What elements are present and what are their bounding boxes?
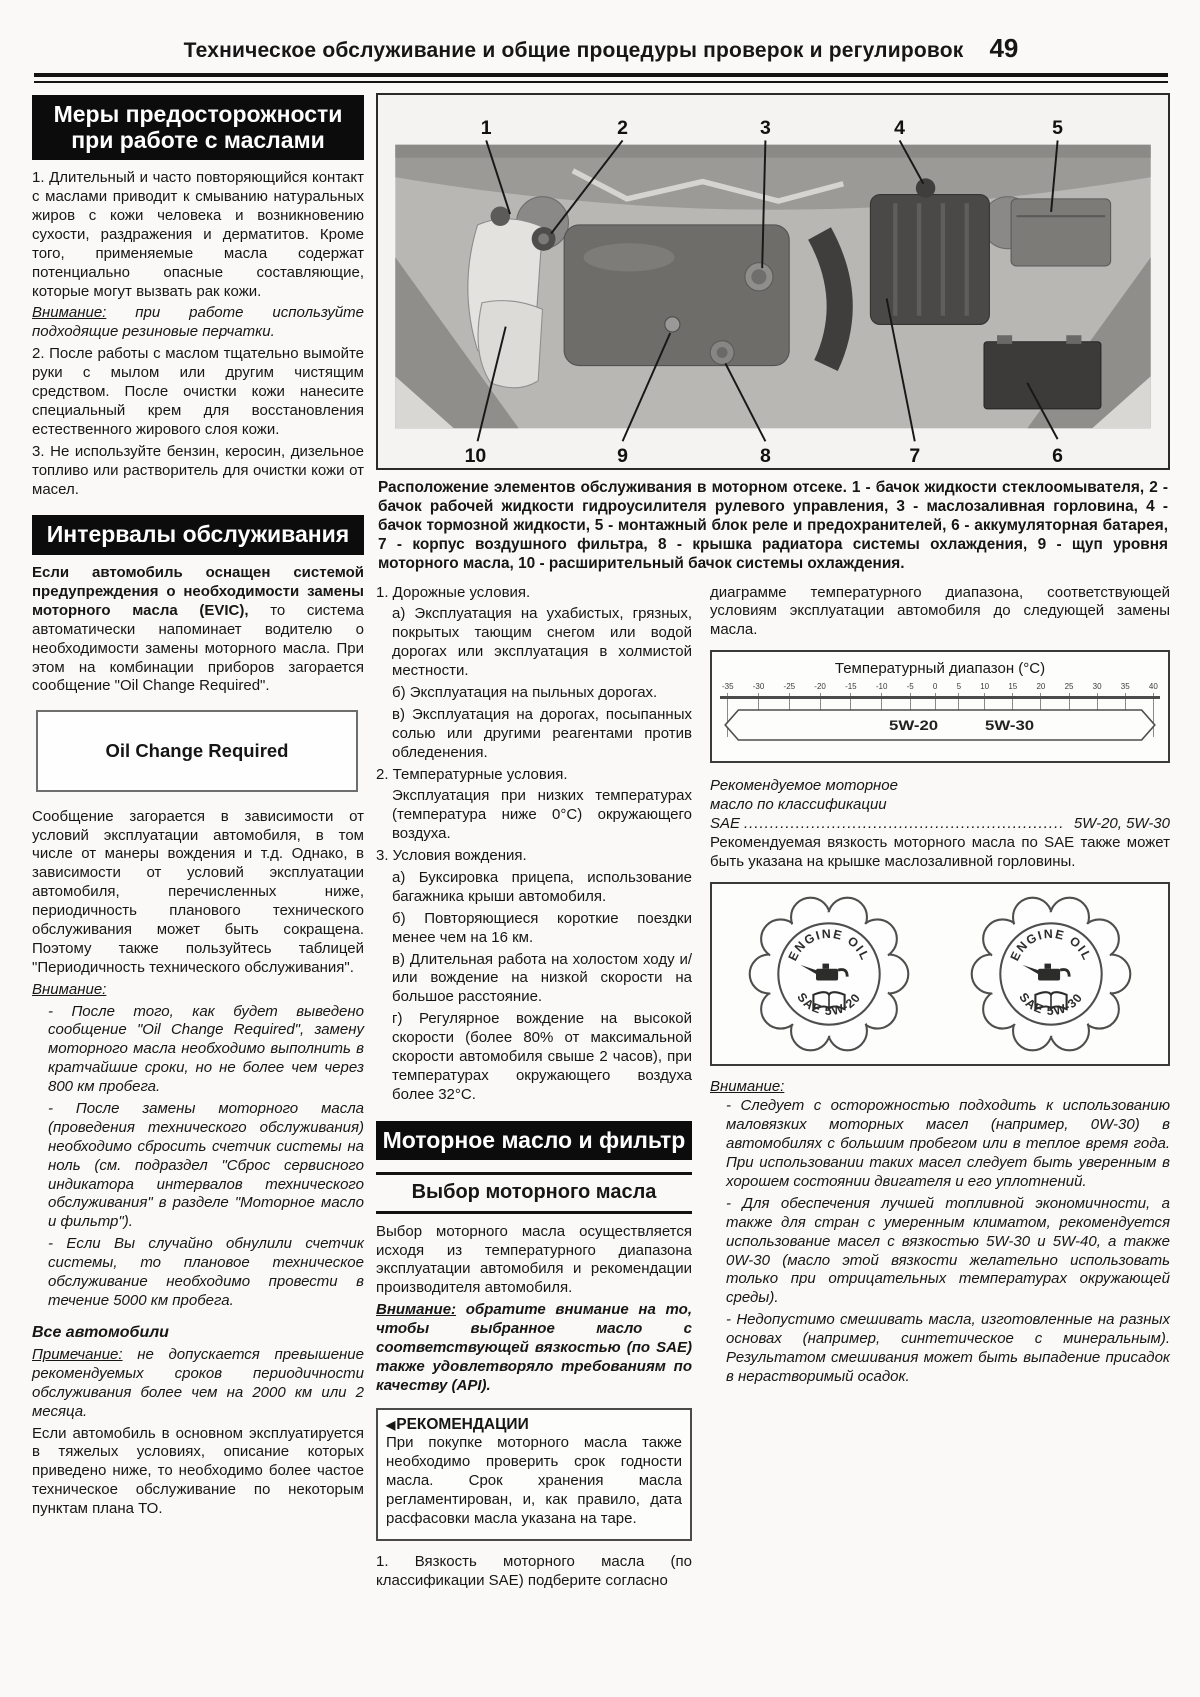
viscosity-band: 5W-20 5W-30 (724, 709, 1156, 741)
paragraph: диаграмме температурного диапазона, соот… (710, 584, 1170, 641)
list-subitem: в) Эксплуатация на дорогах, посыпанных с… (376, 706, 692, 763)
paragraph: Сообщение загорается в зависимости от ус… (32, 808, 364, 978)
oil-cap-5w20: ENGINE OIL (745, 896, 913, 1052)
section-intervals-title: Интервалы обслуживания (32, 515, 364, 555)
warning-item: - Следует с осторожностью подходить к ис… (710, 1097, 1170, 1191)
list-item-title: 3. Условия вождения. (376, 847, 692, 866)
callout-10: 10 (465, 445, 487, 467)
callout-2: 2 (617, 117, 628, 139)
recommended-oil-line1: Рекомендуемое моторное (710, 777, 1170, 796)
paragraph: Если автомобиль в основном эксплуатирует… (32, 1425, 364, 1519)
engine-bay-photo: 1 2 3 4 5 10 9 8 7 6 (378, 95, 1168, 468)
recommendations-text: При покупке моторного масла также необхо… (386, 1434, 682, 1528)
warning-item: - Для обеспечения лучшей топливной эконо… (710, 1195, 1170, 1308)
callout-6: 6 (1052, 445, 1063, 467)
sae-value: 5W-20, 5W-30 (1074, 815, 1170, 834)
page-title: Техническое обслуживание и общие процеду… (184, 38, 964, 64)
oil-caps-figure: ENGINE OIL (710, 882, 1170, 1066)
temperature-axis (720, 696, 1160, 699)
oil-cap-5w30: ENGINE OIL (967, 896, 1135, 1052)
paragraph: Выбор моторного масла осуществляется исх… (376, 1223, 692, 1299)
warning-label: Внимание: (32, 981, 106, 998)
warning-item: - Если Вы случайно обнулили счетчик сист… (32, 1235, 364, 1311)
warning-item: - После того, как будет выведено сообщен… (32, 1003, 364, 1097)
header-rule (34, 73, 1168, 83)
recommendations-title-text: РЕКОМЕНДАЦИИ (396, 1416, 528, 1433)
dotted-leader: ........................................… (744, 815, 1070, 834)
sae-label: SAE (710, 815, 740, 834)
recommendations-title: ◀РЕКОМЕНДАЦИИ (386, 1415, 682, 1435)
list-subitem: Эксплуатация при низких температурах (те… (376, 787, 692, 844)
figure-caption: Расположение элементов обслуживания в мо… (378, 478, 1168, 573)
list-subitem: а) Буксировка прицепа, использование баг… (376, 869, 692, 907)
main-column: 1 2 3 4 5 10 9 8 7 6 Расположение элемен… (376, 93, 1170, 1594)
all-cars-heading: Все автомобили (32, 1323, 364, 1343)
page-header: Техническое обслуживание и общие процеду… (32, 14, 1170, 71)
warning-label: Внимание: (376, 1301, 456, 1318)
temperature-diagram-title: Температурный диапазон (°С) (720, 660, 1160, 679)
warning-item: - Недопустимо смешивать масла, изготовле… (710, 1311, 1170, 1387)
callout-9: 9 (617, 445, 628, 467)
list-subitem: б) Повторяющиеся короткие поездки менее … (376, 910, 692, 948)
callout-1: 1 (481, 117, 492, 139)
temperature-scale: -35-30-25-20-15-10-50510152025303540 5W-… (720, 683, 1160, 747)
recommendations-box: ◀РЕКОМЕНДАЦИИ При покупке моторного масл… (376, 1408, 692, 1541)
list-subitem: г) Регулярное вождение на высокой скорос… (376, 1010, 692, 1104)
band-label-5w20: 5W-20 (889, 718, 938, 733)
left-column: Меры предосторожности при работе с масла… (32, 93, 364, 1522)
right-column: диаграмме температурного диапазона, соот… (710, 584, 1170, 1390)
list-item-title: 2. Температурные условия. (376, 766, 692, 785)
paragraph: 1. Вязкость моторного масла (по классифи… (376, 1553, 692, 1591)
paragraph: Рекомендуемая вязкость моторного масла п… (710, 834, 1170, 872)
callout-8: 8 (760, 445, 771, 467)
middle-column: 1. Дорожные условия. а) Эксплуатация на … (376, 584, 692, 1594)
list-subitem: б) Эксплуатация на пыльных дорогах. (376, 684, 692, 703)
list-subitem: а) Эксплуатация на ухабистых, грязных, п… (376, 605, 692, 681)
sae-spec-line: SAE ....................................… (710, 815, 1170, 834)
warning-heading: Внимание: (710, 1078, 1170, 1097)
callout-7: 7 (909, 445, 920, 467)
callout-3: 3 (760, 117, 771, 139)
list-subitem: в) Длительная работа на холостом ходу и/… (376, 951, 692, 1008)
paragraph: 3. Не используйте бензин, керосин, дизел… (32, 443, 364, 500)
pointer-icon: ◀ (386, 1418, 395, 1432)
list-item-title: 1. Дорожные условия. (376, 584, 692, 603)
manual-page: Техническое обслуживание и общие процеду… (0, 0, 1200, 1593)
note-label: Примечание: (32, 1346, 123, 1363)
section-precautions-title: Меры предосторожности при работе с масла… (32, 95, 364, 161)
page-number: 49 (989, 32, 1018, 65)
oil-change-required-box: Oil Change Required (36, 710, 358, 791)
paragraph: 1. Длительный и часто повторяющийся конт… (32, 169, 364, 301)
warning-label: Внимание: (710, 1078, 784, 1095)
recommended-oil-line2: масло по классификации (710, 796, 1170, 815)
warning-label: Внимание: (32, 304, 106, 321)
warning-note: Внимание: при работе используйте подходя… (32, 304, 364, 342)
paragraph: Если автомобиль оснащен системой предупр… (32, 564, 364, 696)
temperature-diagram: Температурный диапазон (°С) -35-30-25-20… (710, 650, 1170, 763)
paragraph: 2. После работы с маслом тщательно вымой… (32, 345, 364, 439)
note: Примечание: не допускается превышение ре… (32, 1346, 364, 1422)
section-motor-oil-title: Моторное масло и фильтр (376, 1121, 692, 1161)
warning-item: - После замены моторного масла (проведен… (32, 1100, 364, 1232)
warning-note: Внимание: обратите внимание на то, чтобы… (376, 1301, 692, 1395)
subsection-oil-choice-title: Выбор моторного масла (376, 1172, 692, 1213)
callout-5: 5 (1052, 117, 1063, 139)
band-label-5w30: 5W-30 (985, 718, 1034, 733)
callout-4: 4 (894, 117, 905, 139)
warning-heading: Внимание: (32, 981, 364, 1000)
engine-bay-figure: 1 2 3 4 5 10 9 8 7 6 (376, 93, 1170, 470)
